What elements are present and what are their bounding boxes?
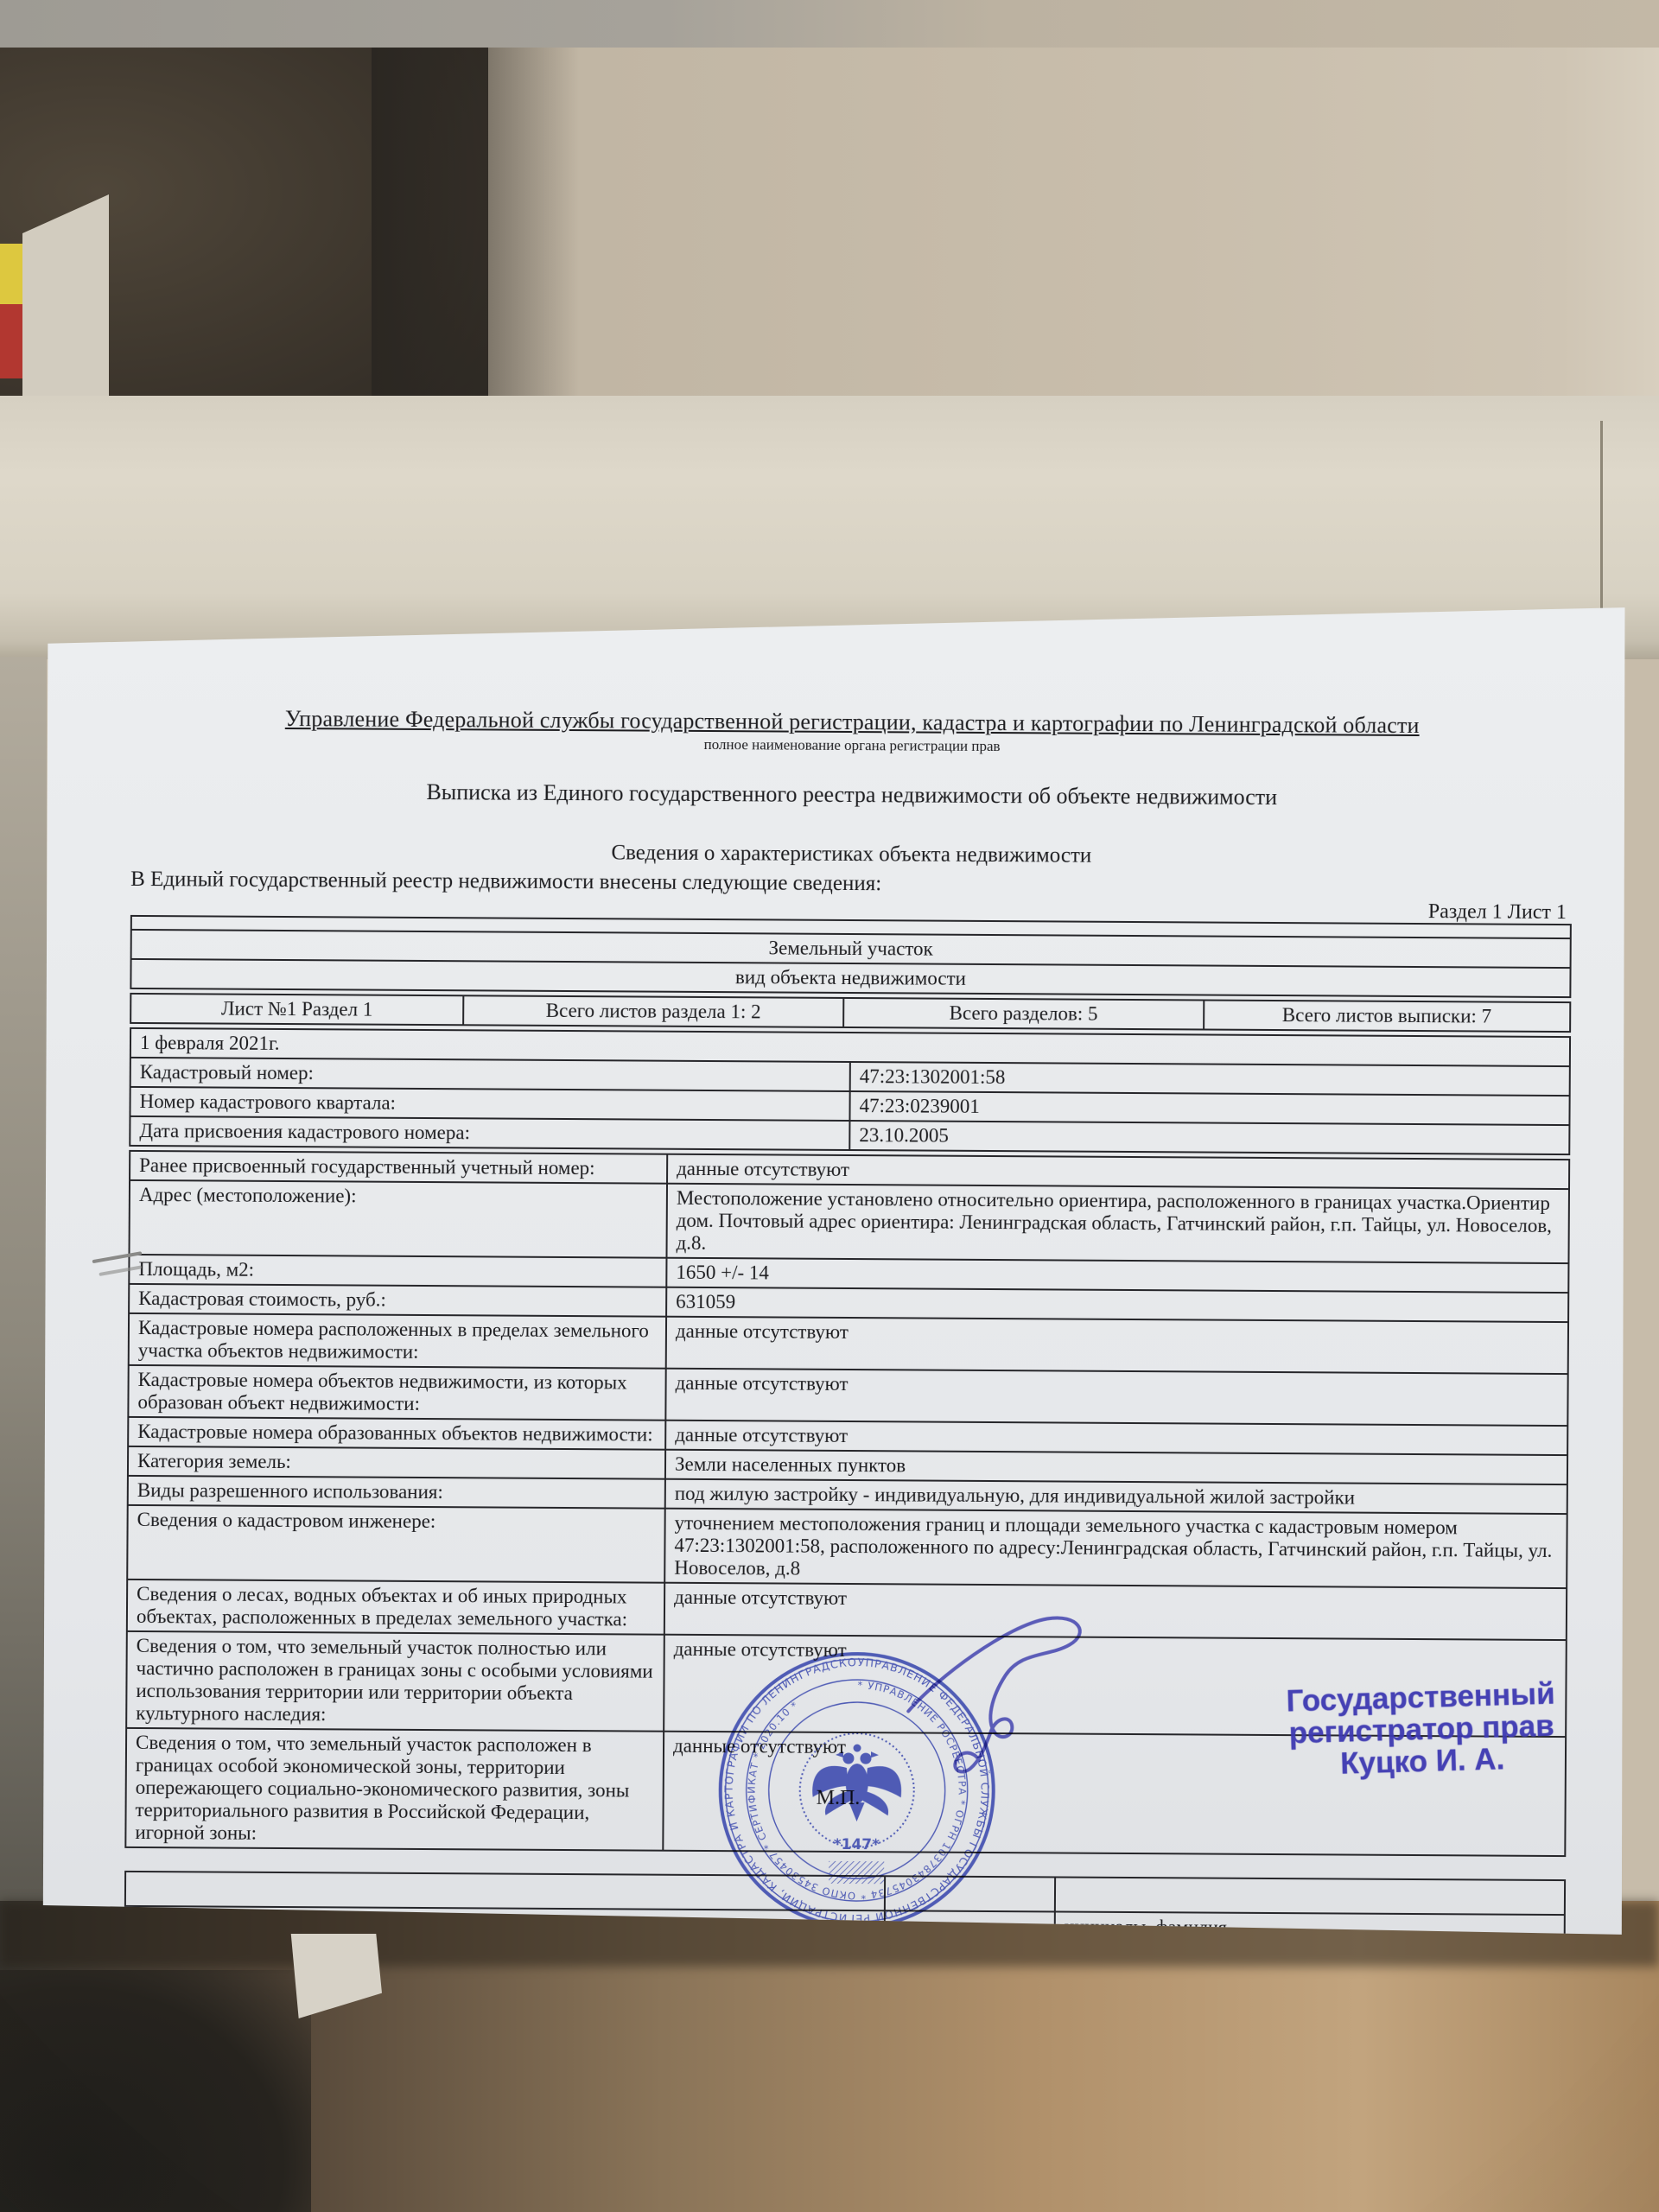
sections-total-cell: Всего разделов: 5: [843, 998, 1204, 1030]
plank-crack-line: [1600, 421, 1603, 615]
row-label: Сведения о кадастровом инженере:: [127, 1505, 664, 1583]
row-label: Адрес (местоположение):: [129, 1180, 666, 1258]
row-label: Сведения о том, что земельный участок по…: [126, 1631, 664, 1732]
row-label: Дата присвоения кадастрового номера:: [130, 1116, 849, 1150]
row-label: Сведения о лесах, водных объектах и об и…: [127, 1580, 664, 1635]
sheet-cell: Лист №1 Раздел 1: [130, 994, 463, 1025]
row-label: Кадастровые номера расположенных в преде…: [129, 1313, 666, 1369]
table-row: Адрес (местоположение): Местоположение у…: [129, 1180, 1568, 1263]
row-label: Кадастровые номера объектов недвижимости…: [128, 1365, 665, 1421]
row-label: Категория земель:: [128, 1446, 665, 1479]
row-label: Кадастровая стоимость, руб.:: [129, 1284, 666, 1317]
seal-hatch-block: [829, 1861, 884, 1884]
registrar-ink-stamp: Государственный регистратор прав Куцко И…: [1205, 1675, 1639, 1783]
row-label: Ранее присвоенный государственный учетны…: [130, 1151, 667, 1184]
row-value: 47:23:0239001: [849, 1091, 1569, 1125]
row-label: Сведения о том, что земельный участок ра…: [125, 1728, 664, 1851]
handwritten-signature: [877, 1599, 1154, 1799]
row-value: 47:23:1302001:58: [850, 1062, 1570, 1096]
row-label: Номер кадастрового квартала:: [130, 1087, 849, 1121]
cadastral-id-table: 1 февраля 2021г. Кадастровый номер: 47:2…: [129, 1027, 1571, 1155]
row-label: Кадастровые номера образованных объектов…: [128, 1417, 665, 1450]
table-row: Сведения о кадастровом инженере: уточнен…: [127, 1505, 1567, 1588]
seal-number: *147*: [834, 1836, 880, 1853]
row-value: Местоположение установлено относительно …: [666, 1184, 1569, 1263]
bottom-left-shadow: [0, 1970, 311, 2212]
name-cell: [1055, 1877, 1565, 1915]
table-row: Кадастровые номера объектов недвижимости…: [128, 1365, 1567, 1426]
sheets-in-section-cell: Всего листов раздела 1: 2: [463, 995, 843, 1027]
row-value: уточнением местоположения границ и площа…: [664, 1509, 1567, 1588]
left-shelf-side: [0, 657, 47, 1918]
document-paper: Управление Федеральной службы государств…: [41, 605, 1630, 1937]
sheets-total-cell: Всего листов выписки: 7: [1204, 1001, 1571, 1033]
background-wall: [449, 48, 1659, 410]
row-label: Кадастровый номер:: [130, 1058, 850, 1091]
object-type-table: Земельный участок вид объекта недвижимос…: [130, 915, 1571, 998]
row-value: данные отсутствуют: [666, 1317, 1568, 1374]
row-label: Площадь, м2:: [129, 1255, 666, 1287]
row-label: Виды разрешенного использования:: [128, 1476, 665, 1509]
shadow-fade: [372, 48, 579, 406]
document-content: Управление Федеральной службы государств…: [124, 704, 1573, 1950]
table-row: Кадастровые номера расположенных в преде…: [129, 1313, 1568, 1374]
table-row: Лист №1 Раздел 1 Всего листов раздела 1:…: [130, 994, 1570, 1032]
row-value: 23.10.2005: [849, 1121, 1569, 1154]
section-title: Сведения о характеристиках объекта недви…: [130, 837, 1572, 872]
row-value: данные отсутствуют: [665, 1369, 1567, 1426]
document-title: Выписка из Единого государственного реес…: [131, 777, 1573, 813]
sheet-info-table: Лист №1 Раздел 1 Всего листов раздела 1:…: [130, 993, 1571, 1033]
table-row: Сведения о лесах, водных объектах и об и…: [127, 1580, 1567, 1640]
photo-top-edge: [0, 0, 1659, 54]
red-object-edge: [0, 304, 26, 378]
